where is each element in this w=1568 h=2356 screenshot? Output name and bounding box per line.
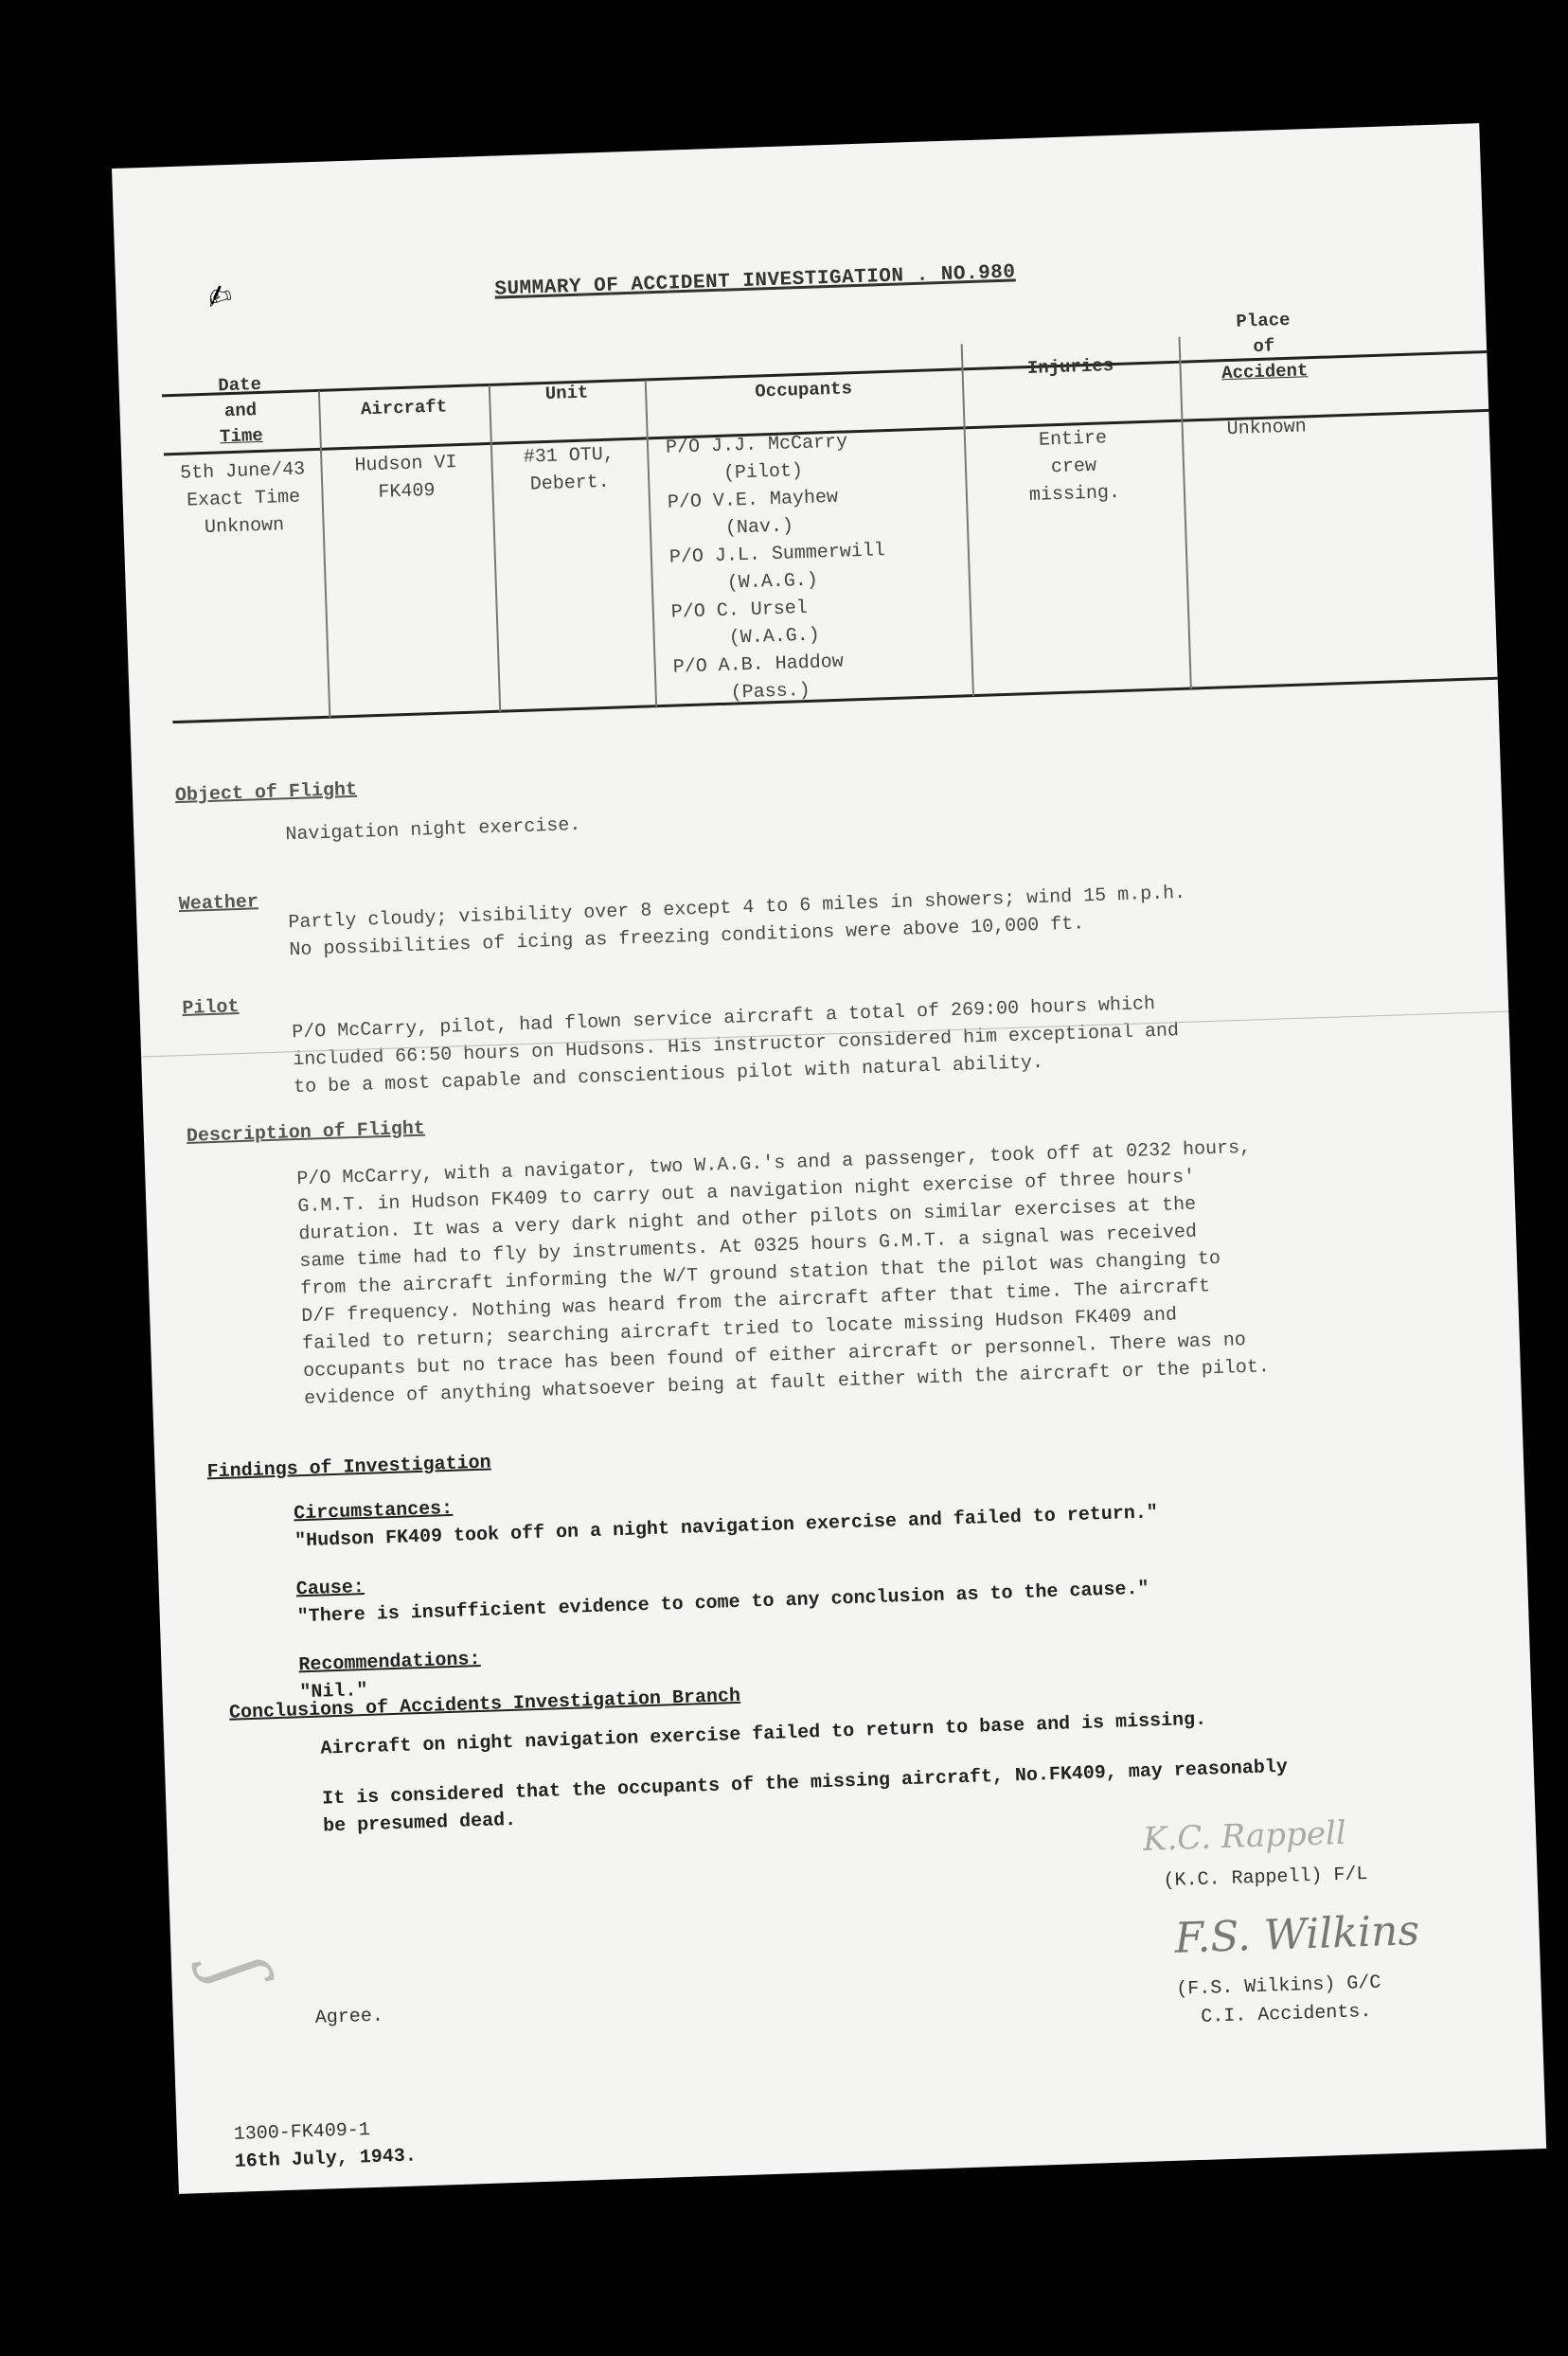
header-aircraft: Aircraft bbox=[318, 393, 490, 424]
section-findings: Findings of Investigation Circumstances:… bbox=[206, 1427, 1163, 1709]
summary-table: Date and Time Aircraft Unit Occupants In… bbox=[161, 312, 1486, 356]
cell-unit: #31 OTU, Debert. bbox=[490, 439, 649, 499]
document-title: SUMMARY OF ACCIDENT INVESTIGATION . NO.9… bbox=[494, 261, 1016, 300]
column-divider bbox=[489, 385, 501, 712]
section-pilot: Pilot P/O McCarry, pilot, had flown serv… bbox=[182, 962, 1180, 1105]
section-weather: Weather Partly cloudy; visibility over 8… bbox=[178, 858, 1186, 968]
agree-note: Agree. bbox=[314, 2003, 383, 2032]
occupant-entry: P/O C. Ursel(W.A.G.) bbox=[670, 589, 971, 653]
header-date-time: Date and Time bbox=[161, 370, 320, 452]
header-injuries: Injuries bbox=[961, 351, 1180, 384]
column-divider bbox=[318, 391, 330, 718]
cell-place: Unknown bbox=[1181, 412, 1352, 445]
signature-rappell: K.C. Rappell bbox=[1142, 1814, 1346, 1859]
header-unit: Unit bbox=[489, 378, 646, 408]
cell-date-time: 5th June/43 Exact Time Unknown bbox=[164, 455, 323, 543]
cell-injuries: Entire crew missing. bbox=[964, 422, 1185, 512]
occupant-entry: P/O J.L. Summerwill(W.A.G.) bbox=[668, 534, 969, 598]
handwritten-initial-icon: ʃ bbox=[194, 1945, 283, 1997]
cell-occupants: P/O J.J. McCarry(Pilot) P/O V.E. Mayhew(… bbox=[666, 424, 972, 708]
document-date: 16th July, 1943. bbox=[234, 2142, 417, 2175]
section-description-of-flight: Description of Flight P/O McCarry, with … bbox=[186, 1087, 1270, 1416]
handwritten-mark-icon: ✍ bbox=[199, 267, 238, 323]
document-page: ✍ SUMMARY OF ACCIDENT INVESTIGATION . NO… bbox=[112, 123, 1546, 2194]
cell-aircraft: Hudson VI FK409 bbox=[320, 448, 492, 509]
section-object-of-flight: Object of Flight Navigation night exerci… bbox=[175, 769, 581, 852]
header-place-of-accident: Place of Accident bbox=[1178, 306, 1351, 388]
occupant-entry: P/O A.B. Haddow(Pass.) bbox=[672, 644, 972, 708]
occupant-entry: P/O V.E. Mayhew(Nav.) bbox=[668, 479, 968, 544]
column-divider bbox=[645, 380, 657, 706]
section-label: Object of Flight bbox=[175, 769, 580, 810]
column-divider bbox=[1179, 337, 1192, 689]
signatory-wilkins-title: C.I. Accidents. bbox=[1201, 1998, 1372, 2031]
description-text: P/O McCarry, with a navigator, two W.A.G… bbox=[296, 1133, 1270, 1413]
occupant-entry: P/O J.J. McCarry(Pilot) bbox=[666, 424, 966, 489]
signature-wilkins: F.S. Wilkins bbox=[1174, 1906, 1420, 1963]
signatory-rappell: (K.C. Rappell) F/L bbox=[1163, 1861, 1368, 1895]
